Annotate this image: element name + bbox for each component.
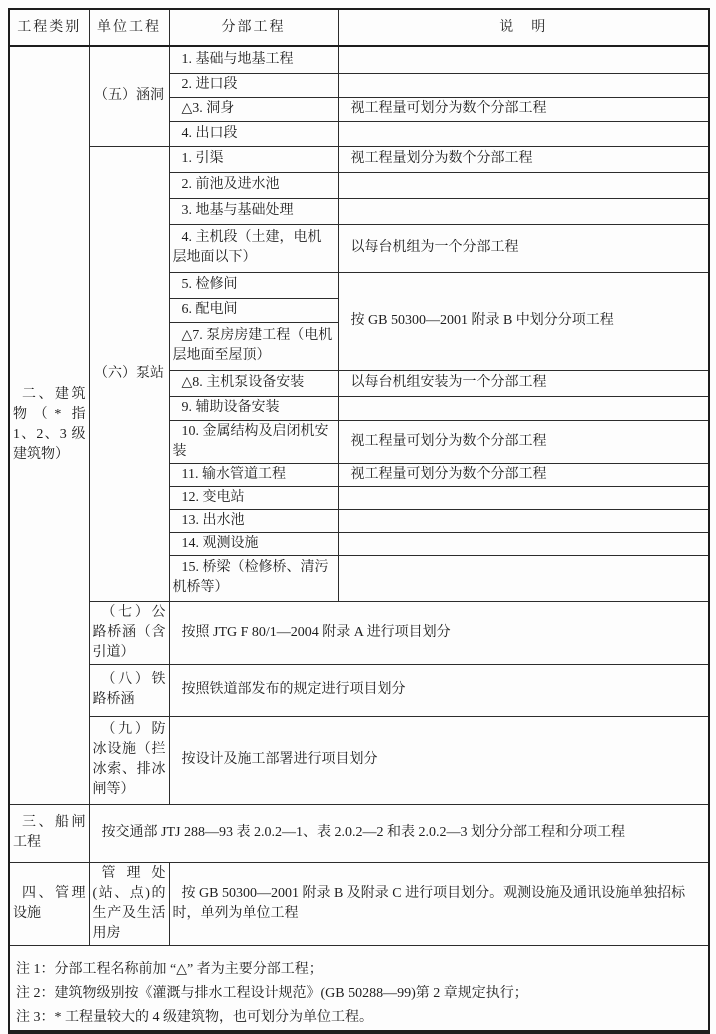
note-cell [338, 172, 709, 198]
project-division-table: 工程类别 单位工程 分部工程 说 明 二、建筑物（* 指 1、2、3 级建筑物）… [8, 8, 710, 1034]
note-cell-wide: 按照 JTG F 80/1—2004 附录 A 进行项目划分 [169, 601, 709, 664]
note-cell: 视工程量可划分为数个分部工程 [338, 420, 709, 463]
subproject-cell: △3. 洞身 [169, 97, 338, 121]
unit-management-house-cell: 管理处(站、点)的生产及生活用房 [89, 862, 169, 945]
note-cell: 以每台机组为一个分部工程 [338, 224, 709, 272]
col-header-subproject: 分部工程 [169, 9, 338, 46]
note-cell-wide: 按交通部 JTJ 288—93 表 2.0.2—1、表 2.0.2—2 和表 2… [89, 804, 709, 862]
subproject-cell: 9. 辅助设备安装 [169, 396, 338, 420]
footnotes-row: 注 1：分部工程名称前加 “△” 者为主要分部工程； 注 2：建筑物级别按《灌溉… [9, 945, 709, 1032]
note-cell: 视工程量划分为数个分部工程 [338, 146, 709, 172]
col-header-category: 工程类别 [9, 9, 89, 46]
unit-ice-control-cell: （九）防冰设施（拦冰索、排冰闸等） [89, 716, 169, 804]
table-row: 三、船闸工程 按交通部 JTJ 288—93 表 2.0.2—1、表 2.0.2… [9, 804, 709, 862]
table-row: 二、建筑物（* 指 1、2、3 级建筑物） （五）涵洞 1. 基础与地基工程 [9, 46, 709, 73]
category-shiplock-cell: 三、船闸工程 [9, 804, 89, 862]
subproject-cell: 6. 配电间 [169, 298, 338, 322]
header-row: 工程类别 单位工程 分部工程 说 明 [9, 9, 709, 46]
note-cell-wide: 按照铁道部发布的规定进行项目划分 [169, 664, 709, 716]
unit-railway-bridge-cell: （八）铁路桥涵 [89, 664, 169, 716]
note-cell-wide: 按 GB 50300—2001 附录 B 及附录 C 进行项目划分。观测设施及通… [169, 862, 709, 945]
subproject-cell: 2. 前池及进水池 [169, 172, 338, 198]
note-cell-merged: 按 GB 50300—2001 附录 B 中划分分项工程 [338, 272, 709, 370]
note-cell [338, 509, 709, 532]
subproject-cell: 1. 基础与地基工程 [169, 46, 338, 73]
subproject-cell: △8. 主机泵设备安装 [169, 370, 338, 396]
unit-culvert-cell: （五）涵洞 [89, 46, 169, 146]
footnote-1: 注 1：分部工程名称前加 “△” 者为主要分部工程； [16, 958, 702, 982]
table-row: （九）防冰设施（拦冰索、排冰闸等） 按设计及施工部署进行项目划分 [9, 716, 709, 804]
subproject-cell: 14. 观测设施 [169, 532, 338, 555]
subproject-cell: 4. 主机段（土建，电机层地面以下） [169, 224, 338, 272]
subproject-cell: 2. 进口段 [169, 73, 338, 97]
subproject-cell: 13. 出水池 [169, 509, 338, 532]
note-cell [338, 555, 709, 601]
unit-pump-station-cell: （六）泵站 [89, 146, 169, 601]
col-header-unit: 单位工程 [89, 9, 169, 46]
table-row: （八）铁路桥涵 按照铁道部发布的规定进行项目划分 [9, 664, 709, 716]
subproject-cell: 4. 出口段 [169, 121, 338, 146]
subproject-cell: 15. 桥梁（检修桥、清污机桥等） [169, 555, 338, 601]
unit-highway-bridge-cell: （七）公路桥涵（含引道） [89, 601, 169, 664]
note-cell-wide: 按设计及施工部署进行项目划分 [169, 716, 709, 804]
subproject-cell: 5. 检修间 [169, 272, 338, 298]
note-cell: 视工程量可划分为数个分部工程 [338, 97, 709, 121]
category-building-cell: 二、建筑物（* 指 1、2、3 级建筑物） [9, 46, 89, 804]
subproject-cell: 1. 引渠 [169, 146, 338, 172]
note-cell: 视工程量可划分为数个分部工程 [338, 463, 709, 486]
category-management-cell: 四、管理设施 [9, 862, 89, 945]
note-cell [338, 121, 709, 146]
subproject-cell: 11. 输水管道工程 [169, 463, 338, 486]
note-cell [338, 46, 709, 73]
col-header-note: 说 明 [338, 9, 709, 46]
note-cell: 以每台机组安装为一个分部工程 [338, 370, 709, 396]
subproject-cell: 10. 金属结构及启闭机安装 [169, 420, 338, 463]
table-row: （六）泵站 1. 引渠 视工程量划分为数个分部工程 [9, 146, 709, 172]
note-cell [338, 532, 709, 555]
note-cell [338, 486, 709, 509]
footnotes-cell: 注 1：分部工程名称前加 “△” 者为主要分部工程； 注 2：建筑物级别按《灌溉… [9, 945, 709, 1032]
note-cell [338, 396, 709, 420]
subproject-cell: △7. 泵房房建工程（电机层地面至屋顶） [169, 322, 338, 370]
subproject-cell: 3. 地基与基础处理 [169, 198, 338, 224]
subproject-cell: 12. 变电站 [169, 486, 338, 509]
footnote-2: 注 2：建筑物级别按《灌溉与排水工程设计规范》(GB 50288—99)第 2 … [16, 982, 702, 1006]
document-page: 工程类别 单位工程 分部工程 说 明 二、建筑物（* 指 1、2、3 级建筑物）… [0, 0, 716, 1015]
table-row: 四、管理设施 管理处(站、点)的生产及生活用房 按 GB 50300—2001 … [9, 862, 709, 945]
note-cell [338, 198, 709, 224]
table-row: （七）公路桥涵（含引道） 按照 JTG F 80/1—2004 附录 A 进行项… [9, 601, 709, 664]
footnote-3: 注 3：* 工程量较大的 4 级建筑物，也可划分为单位工程。 [16, 1006, 702, 1030]
note-cell [338, 73, 709, 97]
